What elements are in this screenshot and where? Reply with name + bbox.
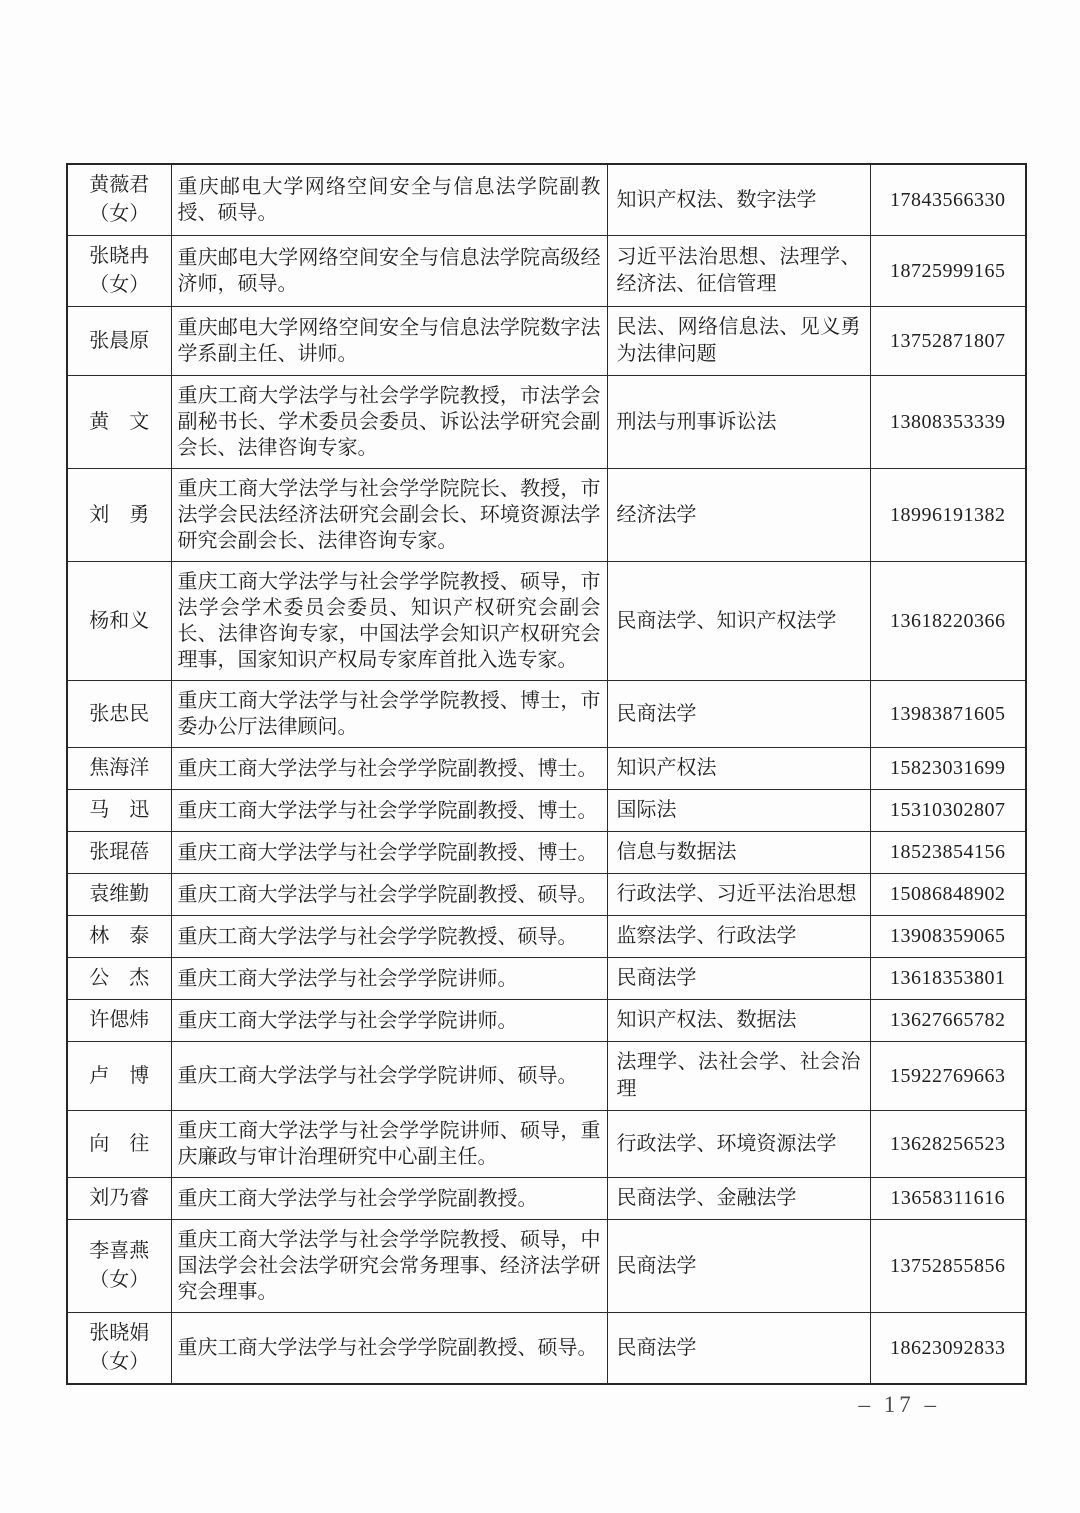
expert-description: 重庆工商大学法学与社会学学院讲师、硕导。 <box>171 1042 607 1111</box>
table-row: 焦海洋 重庆工商大学法学与社会学学院副教授、博士。 知识产权法 15823031… <box>67 748 1026 790</box>
name-cell: 张忠民 <box>67 681 171 748</box>
expert-name: 黄 文 <box>70 408 169 437</box>
expert-specialty: 法理学、法社会学、社会治理 <box>607 1042 870 1111</box>
expert-phone: 13908359065 <box>870 916 1026 958</box>
expert-phone: 18623092833 <box>870 1313 1026 1385</box>
expert-specialty: 行政法学、习近平法治思想 <box>607 874 870 916</box>
table-row: 卢 博 重庆工商大学法学与社会学学院讲师、硕导。 法理学、法社会学、社会治理 1… <box>67 1042 1026 1111</box>
expert-description: 重庆工商大学法学与社会学学院院长、教授，市法学会民法经济法研究会副会长、环境资源… <box>171 469 607 562</box>
table-row: 向 往 重庆工商大学法学与社会学学院讲师、硕导，重庆廉政与审计治理研究中心副主任… <box>67 1111 1026 1178</box>
expert-name: 刘乃睿 <box>70 1184 169 1213</box>
expert-name: 林 泰 <box>70 922 169 951</box>
table-row: 袁维勤 重庆工商大学法学与社会学学院副教授、硕导。 行政法学、习近平法治思想 1… <box>67 874 1026 916</box>
expert-phone: 15922769663 <box>870 1042 1026 1111</box>
name-cell: 刘乃睿 <box>67 1178 171 1220</box>
expert-name: 许偲炜 <box>70 1006 169 1035</box>
expert-phone: 13752855856 <box>870 1220 1026 1313</box>
expert-phone: 13983871605 <box>870 681 1026 748</box>
expert-phone: 13808353339 <box>870 376 1026 469</box>
expert-description: 重庆工商大学法学与社会学学院副教授、博士。 <box>171 790 607 832</box>
name-cell: 刘 勇 <box>67 469 171 562</box>
name-cell: 袁维勤 <box>67 874 171 916</box>
expert-specialty: 民商法学 <box>607 1313 870 1385</box>
expert-specialty: 民商法学 <box>607 1220 870 1313</box>
document-page: 黄薇君 （女） 重庆邮电大学网络空间安全与信息法学院副教授、硕导。 知识产权法、… <box>0 0 1080 1513</box>
expert-name: 向 往 <box>70 1130 169 1159</box>
experts-table: 黄薇君 （女） 重庆邮电大学网络空间安全与信息法学院副教授、硕导。 知识产权法、… <box>66 163 1027 1385</box>
table-row: 刘乃睿 重庆工商大学法学与社会学学院副教授。 民商法学、金融法学 1365831… <box>67 1178 1026 1220</box>
expert-specialty: 监察法学、行政法学 <box>607 916 870 958</box>
expert-name: 焦海洋 <box>70 754 169 783</box>
expert-phone: 13628256523 <box>870 1111 1026 1178</box>
expert-name: 卢 博 <box>70 1062 169 1091</box>
expert-phone: 15310302807 <box>870 790 1026 832</box>
name-cell: 林 泰 <box>67 916 171 958</box>
name-cell: 焦海洋 <box>67 748 171 790</box>
expert-name: 张忠民 <box>70 700 169 729</box>
name-cell: 张晓冉 （女） <box>67 236 171 307</box>
expert-specialty: 行政法学、环境资源法学 <box>607 1111 870 1178</box>
expert-phone: 13627665782 <box>870 1000 1026 1042</box>
expert-description: 重庆邮电大学网络空间安全与信息法学院数字法学系副主任、讲师。 <box>171 307 607 376</box>
expert-name: 公 杰 <box>70 964 169 993</box>
table-row: 公 杰 重庆工商大学法学与社会学学院讲师。 民商法学 13618353801 <box>67 958 1026 1000</box>
name-cell: 马 迅 <box>67 790 171 832</box>
name-cell: 向 往 <box>67 1111 171 1178</box>
expert-description: 重庆工商大学法学与社会学学院副教授、硕导。 <box>171 874 607 916</box>
expert-specialty: 知识产权法、数据法 <box>607 1000 870 1042</box>
table-row: 林 泰 重庆工商大学法学与社会学学院教授、硕导。 监察法学、行政法学 13908… <box>67 916 1026 958</box>
table-row: 刘 勇 重庆工商大学法学与社会学学院院长、教授，市法学会民法经济法研究会副会长、… <box>67 469 1026 562</box>
table-row: 张忠民 重庆工商大学法学与社会学学院教授、博士，市委办公厅法律顾问。 民商法学 … <box>67 681 1026 748</box>
name-cell: 李喜燕 （女） <box>67 1220 171 1313</box>
expert-name: 杨和义 <box>70 607 169 636</box>
table-row: 马 迅 重庆工商大学法学与社会学学院副教授、博士。 国际法 1531030280… <box>67 790 1026 832</box>
expert-description: 重庆工商大学法学与社会学学院教授，市法学会副秘书长、学术委员会委员、诉讼法学研究… <box>171 376 607 469</box>
expert-specialty: 民商法学 <box>607 958 870 1000</box>
expert-name: 张晨原 <box>70 327 169 356</box>
expert-phone: 13618220366 <box>870 562 1026 681</box>
name-cell: 张晓娟 （女） <box>67 1313 171 1385</box>
expert-description: 重庆工商大学法学与社会学学院教授、硕导。 <box>171 916 607 958</box>
name-cell: 黄 文 <box>67 376 171 469</box>
expert-description: 重庆工商大学法学与社会学学院讲师。 <box>171 1000 607 1042</box>
expert-phone: 13658311616 <box>870 1178 1026 1220</box>
expert-specialty: 民法、网络信息法、见义勇为法律问题 <box>607 307 870 376</box>
expert-phone: 15086848902 <box>870 874 1026 916</box>
expert-description: 重庆工商大学法学与社会学学院副教授、硕导。 <box>171 1313 607 1385</box>
expert-description: 重庆工商大学法学与社会学学院讲师。 <box>171 958 607 1000</box>
expert-description: 重庆工商大学法学与社会学学院教授、硕导，中国法学会社会法学研究会常务理事、经济法… <box>171 1220 607 1313</box>
table-row: 杨和义 重庆工商大学法学与社会学学院教授、硕导，市法学会学术委员会委员、知识产权… <box>67 562 1026 681</box>
expert-description: 重庆邮电大学网络空间安全与信息法学院高级经济师，硕导。 <box>171 236 607 307</box>
expert-phone: 15823031699 <box>870 748 1026 790</box>
expert-phone: 18523854156 <box>870 832 1026 874</box>
expert-description: 重庆工商大学法学与社会学学院副教授、博士。 <box>171 748 607 790</box>
expert-specialty: 民商法学、知识产权法学 <box>607 562 870 681</box>
expert-gender: （女） <box>70 200 169 229</box>
name-cell: 许偲炜 <box>67 1000 171 1042</box>
name-cell: 张琨蓓 <box>67 832 171 874</box>
expert-specialty: 国际法 <box>607 790 870 832</box>
expert-description: 重庆工商大学法学与社会学学院副教授。 <box>171 1178 607 1220</box>
expert-name: 李喜燕 <box>70 1237 169 1266</box>
expert-phone: 18996191382 <box>870 469 1026 562</box>
expert-name: 袁维勤 <box>70 880 169 909</box>
expert-description: 重庆邮电大学网络空间安全与信息法学院副教授、硕导。 <box>171 164 607 236</box>
table-row: 黄 文 重庆工商大学法学与社会学学院教授，市法学会副秘书长、学术委员会委员、诉讼… <box>67 376 1026 469</box>
expert-specialty: 习近平法治思想、法理学、经济法、征信管理 <box>607 236 870 307</box>
expert-specialty: 民商法学、金融法学 <box>607 1178 870 1220</box>
name-cell: 张晨原 <box>67 307 171 376</box>
name-cell: 黄薇君 （女） <box>67 164 171 236</box>
expert-phone: 13618353801 <box>870 958 1026 1000</box>
expert-description: 重庆工商大学法学与社会学学院副教授、博士。 <box>171 832 607 874</box>
table-row: 李喜燕 （女） 重庆工商大学法学与社会学学院教授、硕导，中国法学会社会法学研究会… <box>67 1220 1026 1313</box>
expert-name: 刘 勇 <box>70 501 169 530</box>
expert-phone: 13752871807 <box>870 307 1026 376</box>
table-row: 张晨原 重庆邮电大学网络空间安全与信息法学院数字法学系副主任、讲师。 民法、网络… <box>67 307 1026 376</box>
expert-phone: 17843566330 <box>870 164 1026 236</box>
expert-specialty: 刑法与刑事诉讼法 <box>607 376 870 469</box>
expert-gender: （女） <box>70 271 169 300</box>
expert-name: 张晓冉 <box>70 242 169 271</box>
expert-name: 马 迅 <box>70 796 169 825</box>
expert-specialty: 信息与数据法 <box>607 832 870 874</box>
table-row: 张晓娟 （女） 重庆工商大学法学与社会学学院副教授、硕导。 民商法学 18623… <box>67 1313 1026 1385</box>
table-row: 黄薇君 （女） 重庆邮电大学网络空间安全与信息法学院副教授、硕导。 知识产权法、… <box>67 164 1026 236</box>
expert-description: 重庆工商大学法学与社会学学院教授、硕导，市法学会学术委员会委员、知识产权研究会副… <box>171 562 607 681</box>
name-cell: 卢 博 <box>67 1042 171 1111</box>
expert-name: 张琨蓓 <box>70 838 169 867</box>
table-row: 张晓冉 （女） 重庆邮电大学网络空间安全与信息法学院高级经济师，硕导。 习近平法… <box>67 236 1026 307</box>
expert-gender: （女） <box>70 1266 169 1295</box>
expert-specialty: 知识产权法、数字法学 <box>607 164 870 236</box>
expert-specialty: 经济法学 <box>607 469 870 562</box>
expert-description: 重庆工商大学法学与社会学学院讲师、硕导，重庆廉政与审计治理研究中心副主任。 <box>171 1111 607 1178</box>
name-cell: 公 杰 <box>67 958 171 1000</box>
expert-name: 张晓娟 <box>70 1319 169 1348</box>
expert-name: 黄薇君 <box>70 171 169 200</box>
expert-gender: （女） <box>70 1348 169 1377</box>
table-row: 许偲炜 重庆工商大学法学与社会学学院讲师。 知识产权法、数据法 13627665… <box>67 1000 1026 1042</box>
name-cell: 杨和义 <box>67 562 171 681</box>
page-number: – 17 – <box>859 1392 941 1418</box>
expert-description: 重庆工商大学法学与社会学学院教授、博士，市委办公厅法律顾问。 <box>171 681 607 748</box>
expert-specialty: 知识产权法 <box>607 748 870 790</box>
expert-specialty: 民商法学 <box>607 681 870 748</box>
expert-phone: 18725999165 <box>870 236 1026 307</box>
table-row: 张琨蓓 重庆工商大学法学与社会学学院副教授、博士。 信息与数据法 1852385… <box>67 832 1026 874</box>
